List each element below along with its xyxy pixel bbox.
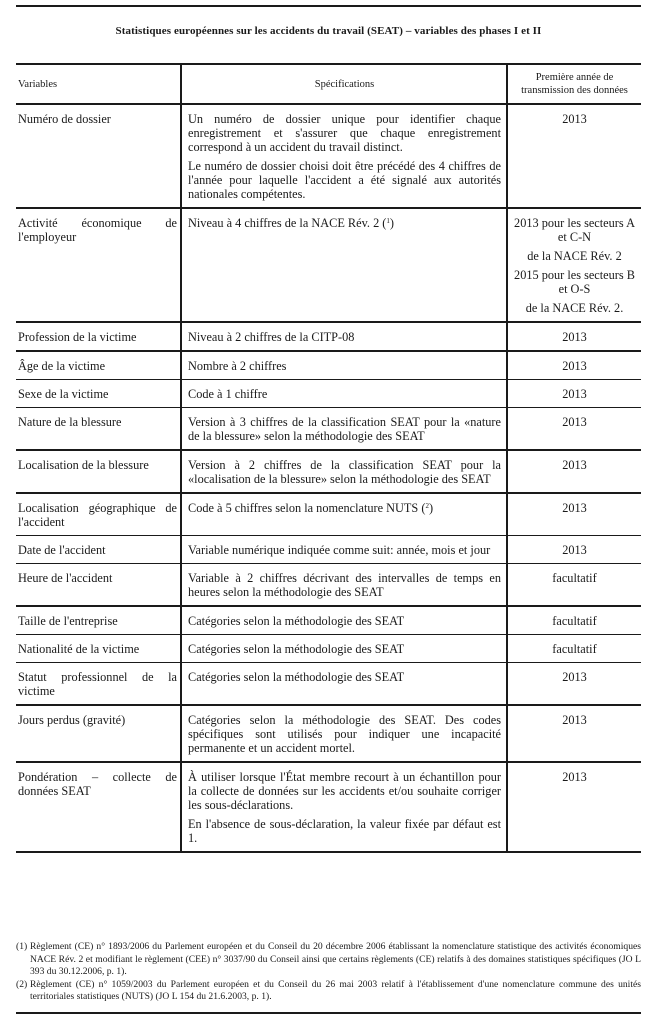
table-header-row: Variables Spécifications Première année …	[16, 64, 641, 104]
footnote: (1)Règlement (CE) n° 1893/2006 du Parlem…	[16, 941, 641, 979]
specification-cell: Catégories selon la méthodologie des SEA…	[181, 635, 507, 663]
seat-variables-table: Variables Spécifications Première année …	[16, 63, 641, 853]
specification-paragraph: Variable à 2 chiffres décrivant des inte…	[188, 571, 501, 599]
footnote-reference[interactable]: 1	[386, 217, 390, 225]
specification-cell: Variable à 2 chiffres décrivant des inte…	[181, 564, 507, 607]
first-year-value: de la NACE Rév. 2	[511, 249, 638, 263]
first-year-cell: 2013 pour les secteurs A et C-Nde la NAC…	[507, 208, 641, 322]
table-row: Sexe de la victimeCode à 1 chiffre2013	[16, 380, 641, 408]
first-year-value: 2013	[511, 543, 638, 557]
specification-paragraph: Niveau à 4 chiffres de la NACE Rév. 2 (1…	[188, 216, 501, 230]
table-row: Numéro de dossierUn numéro de dossier un…	[16, 104, 641, 208]
first-year-cell: 2013	[507, 536, 641, 564]
top-rule	[16, 5, 641, 7]
footnote-text: Règlement (CE) n° 1893/2006 du Parlement…	[30, 941, 641, 977]
footnotes: (1)Règlement (CE) n° 1893/2006 du Parlem…	[16, 941, 641, 1004]
variable-cell: Localisation de la blessure	[16, 450, 181, 493]
table-row: Pondération – collecte de données SEATÀ …	[16, 762, 641, 852]
header-first-year: Première année de transmission des donné…	[507, 64, 641, 104]
specification-paragraph: Catégories selon la méthodologie des SEA…	[188, 713, 501, 755]
specification-text: Version à 2 chiffres de la classificatio…	[188, 458, 501, 486]
first-year-cell: 2013	[507, 408, 641, 451]
variable-cell: Nationalité de la victime	[16, 635, 181, 663]
first-year-value: 2013	[511, 770, 638, 784]
first-year-cell: 2013	[507, 380, 641, 408]
specification-cell: À utiliser lorsque l'État membre recourt…	[181, 762, 507, 852]
first-year-value: 2013	[511, 670, 638, 684]
first-year-value: 2013	[511, 112, 638, 126]
specification-text: Catégories selon la méthodologie des SEA…	[188, 713, 501, 755]
specification-cell: Version à 3 chiffres de la classificatio…	[181, 408, 507, 451]
specification-paragraph: Variable numérique indiquée comme suit: …	[188, 543, 501, 557]
specification-cell: Catégories selon la méthodologie des SEA…	[181, 705, 507, 762]
specification-text: Catégories selon la méthodologie des SEA…	[188, 670, 404, 684]
table-row: Statut professionnel de la victimeCatégo…	[16, 663, 641, 706]
specification-paragraph: Version à 3 chiffres de la classificatio…	[188, 415, 501, 443]
specification-paragraph: Le numéro de dossier choisi doit être pr…	[188, 159, 501, 201]
table-row: Heure de l'accidentVariable à 2 chiffres…	[16, 564, 641, 607]
specification-text: Code à 5 chiffres selon la nomenclature …	[188, 501, 418, 515]
document-title: Statistiques européennes sur les acciden…	[16, 25, 641, 37]
table-row: Taille de l'entrepriseCatégories selon l…	[16, 606, 641, 635]
variable-cell: Numéro de dossier	[16, 104, 181, 208]
specification-text: À utiliser lorsque l'État membre recourt…	[188, 770, 501, 812]
first-year-cell: 2013	[507, 762, 641, 852]
table-row: Jours perdus (gravité)Catégories selon l…	[16, 705, 641, 762]
specification-paragraph: En l'absence de sous-déclaration, la val…	[188, 817, 501, 845]
variable-cell: Date de l'accident	[16, 536, 181, 564]
first-year-cell: 2013	[507, 104, 641, 208]
variable-cell: Profession de la victime	[16, 322, 181, 351]
footnote-marker: (1)	[16, 941, 27, 954]
specification-paragraph: À utiliser lorsque l'État membre recourt…	[188, 770, 501, 812]
first-year-value: 2013	[511, 387, 638, 401]
specification-paragraph: Version à 2 chiffres de la classificatio…	[188, 458, 501, 486]
first-year-value: de la NACE Rév. 2.	[511, 301, 638, 315]
first-year-value: 2013	[511, 330, 638, 344]
specification-cell: Code à 5 chiffres selon la nomenclature …	[181, 493, 507, 536]
variable-cell: Localisation géographique de l'accident	[16, 493, 181, 536]
specification-paragraph: Nombre à 2 chiffres	[188, 359, 501, 373]
footnote-reference[interactable]: 2	[425, 502, 429, 510]
variable-cell: Âge de la victime	[16, 351, 181, 380]
specification-text: Niveau à 2 chiffres de la CITP-08	[188, 330, 354, 344]
table-body: Numéro de dossierUn numéro de dossier un…	[16, 104, 641, 852]
specification-text: Le numéro de dossier choisi doit être pr…	[188, 159, 501, 201]
bottom-rule	[16, 1012, 641, 1014]
first-year-cell: 2013	[507, 322, 641, 351]
first-year-cell: 2013	[507, 493, 641, 536]
header-specifications: Spécifications	[181, 64, 507, 104]
specification-text: Variable numérique indiquée comme suit: …	[188, 543, 490, 557]
specification-text: Niveau à 4 chiffres de la NACE Rév. 2	[188, 216, 379, 230]
table-row: Âge de la victimeNombre à 2 chiffres2013	[16, 351, 641, 380]
specification-text: Un numéro de dossier unique pour identif…	[188, 112, 501, 154]
first-year-cell: facultatif	[507, 635, 641, 663]
specification-text: Version à 3 chiffres de la classificatio…	[188, 415, 501, 443]
specification-cell: Niveau à 4 chiffres de la NACE Rév. 2 (1…	[181, 208, 507, 322]
table-row: Date de l'accidentVariable numérique ind…	[16, 536, 641, 564]
first-year-cell: facultatif	[507, 564, 641, 607]
first-year-value: 2013	[511, 415, 638, 429]
variable-cell: Statut professionnel de la victime	[16, 663, 181, 706]
variable-cell: Heure de l'accident	[16, 564, 181, 607]
first-year-value: facultatif	[511, 571, 638, 585]
first-year-value: 2013	[511, 713, 638, 727]
table-row: Activité économique de l'employeurNiveau…	[16, 208, 641, 322]
first-year-value: facultatif	[511, 614, 638, 628]
specification-text: Catégories selon la méthodologie des SEA…	[188, 642, 404, 656]
table-row: Localisation géographique de l'accidentC…	[16, 493, 641, 536]
footnote-text: Règlement (CE) n° 1059/2003 du Parlement…	[30, 979, 641, 1003]
first-year-value: 2013	[511, 501, 638, 515]
specification-text: Variable à 2 chiffres décrivant des inte…	[188, 571, 501, 599]
table-row: Localisation de la blessureVersion à 2 c…	[16, 450, 641, 493]
specification-cell: Catégories selon la méthodologie des SEA…	[181, 606, 507, 635]
variable-cell: Nature de la blessure	[16, 408, 181, 451]
variable-cell: Pondération – collecte de données SEAT	[16, 762, 181, 852]
specification-paragraph: Catégories selon la méthodologie des SEA…	[188, 614, 501, 628]
first-year-cell: 2013	[507, 450, 641, 493]
variable-cell: Activité économique de l'employeur	[16, 208, 181, 322]
specification-cell: Niveau à 2 chiffres de la CITP-08	[181, 322, 507, 351]
specification-cell: Version à 2 chiffres de la classificatio…	[181, 450, 507, 493]
specification-paragraph: Code à 5 chiffres selon la nomenclature …	[188, 501, 501, 515]
specification-cell: Variable numérique indiquée comme suit: …	[181, 536, 507, 564]
footnote-marker: (2)	[16, 979, 27, 992]
specification-paragraph: Catégories selon la méthodologie des SEA…	[188, 642, 501, 656]
first-year-cell: 2013	[507, 351, 641, 380]
table-row: Profession de la victimeNiveau à 2 chiff…	[16, 322, 641, 351]
variable-cell: Taille de l'entreprise	[16, 606, 181, 635]
header-variables: Variables	[16, 64, 181, 104]
specification-paragraph: Niveau à 2 chiffres de la CITP-08	[188, 330, 501, 344]
specification-cell: Un numéro de dossier unique pour identif…	[181, 104, 507, 208]
specification-paragraph: Code à 1 chiffre	[188, 387, 501, 401]
specification-cell: Nombre à 2 chiffres	[181, 351, 507, 380]
specification-text: Code à 1 chiffre	[188, 387, 267, 401]
first-year-value: 2013 pour les secteurs A et C-N	[511, 216, 638, 244]
first-year-cell: 2013	[507, 663, 641, 706]
first-year-value: 2013	[511, 458, 638, 472]
first-year-value: 2015 pour les secteurs B et O-S	[511, 268, 638, 296]
specification-text: Catégories selon la méthodologie des SEA…	[188, 614, 404, 628]
specification-cell: Catégories selon la méthodologie des SEA…	[181, 663, 507, 706]
variable-cell: Jours perdus (gravité)	[16, 705, 181, 762]
specification-cell: Code à 1 chiffre	[181, 380, 507, 408]
table-row: Nature de la blessureVersion à 3 chiffre…	[16, 408, 641, 451]
first-year-value: 2013	[511, 359, 638, 373]
first-year-value: facultatif	[511, 642, 638, 656]
specification-paragraph: Un numéro de dossier unique pour identif…	[188, 112, 501, 154]
specification-paragraph: Catégories selon la méthodologie des SEA…	[188, 670, 501, 684]
first-year-cell: 2013	[507, 705, 641, 762]
first-year-cell: facultatif	[507, 606, 641, 635]
specification-text: En l'absence de sous-déclaration, la val…	[188, 817, 501, 845]
table-row: Nationalité de la victimeCatégories selo…	[16, 635, 641, 663]
variable-cell: Sexe de la victime	[16, 380, 181, 408]
footnote: (2)Règlement (CE) n° 1059/2003 du Parlem…	[16, 979, 641, 1004]
specification-text: Nombre à 2 chiffres	[188, 359, 286, 373]
